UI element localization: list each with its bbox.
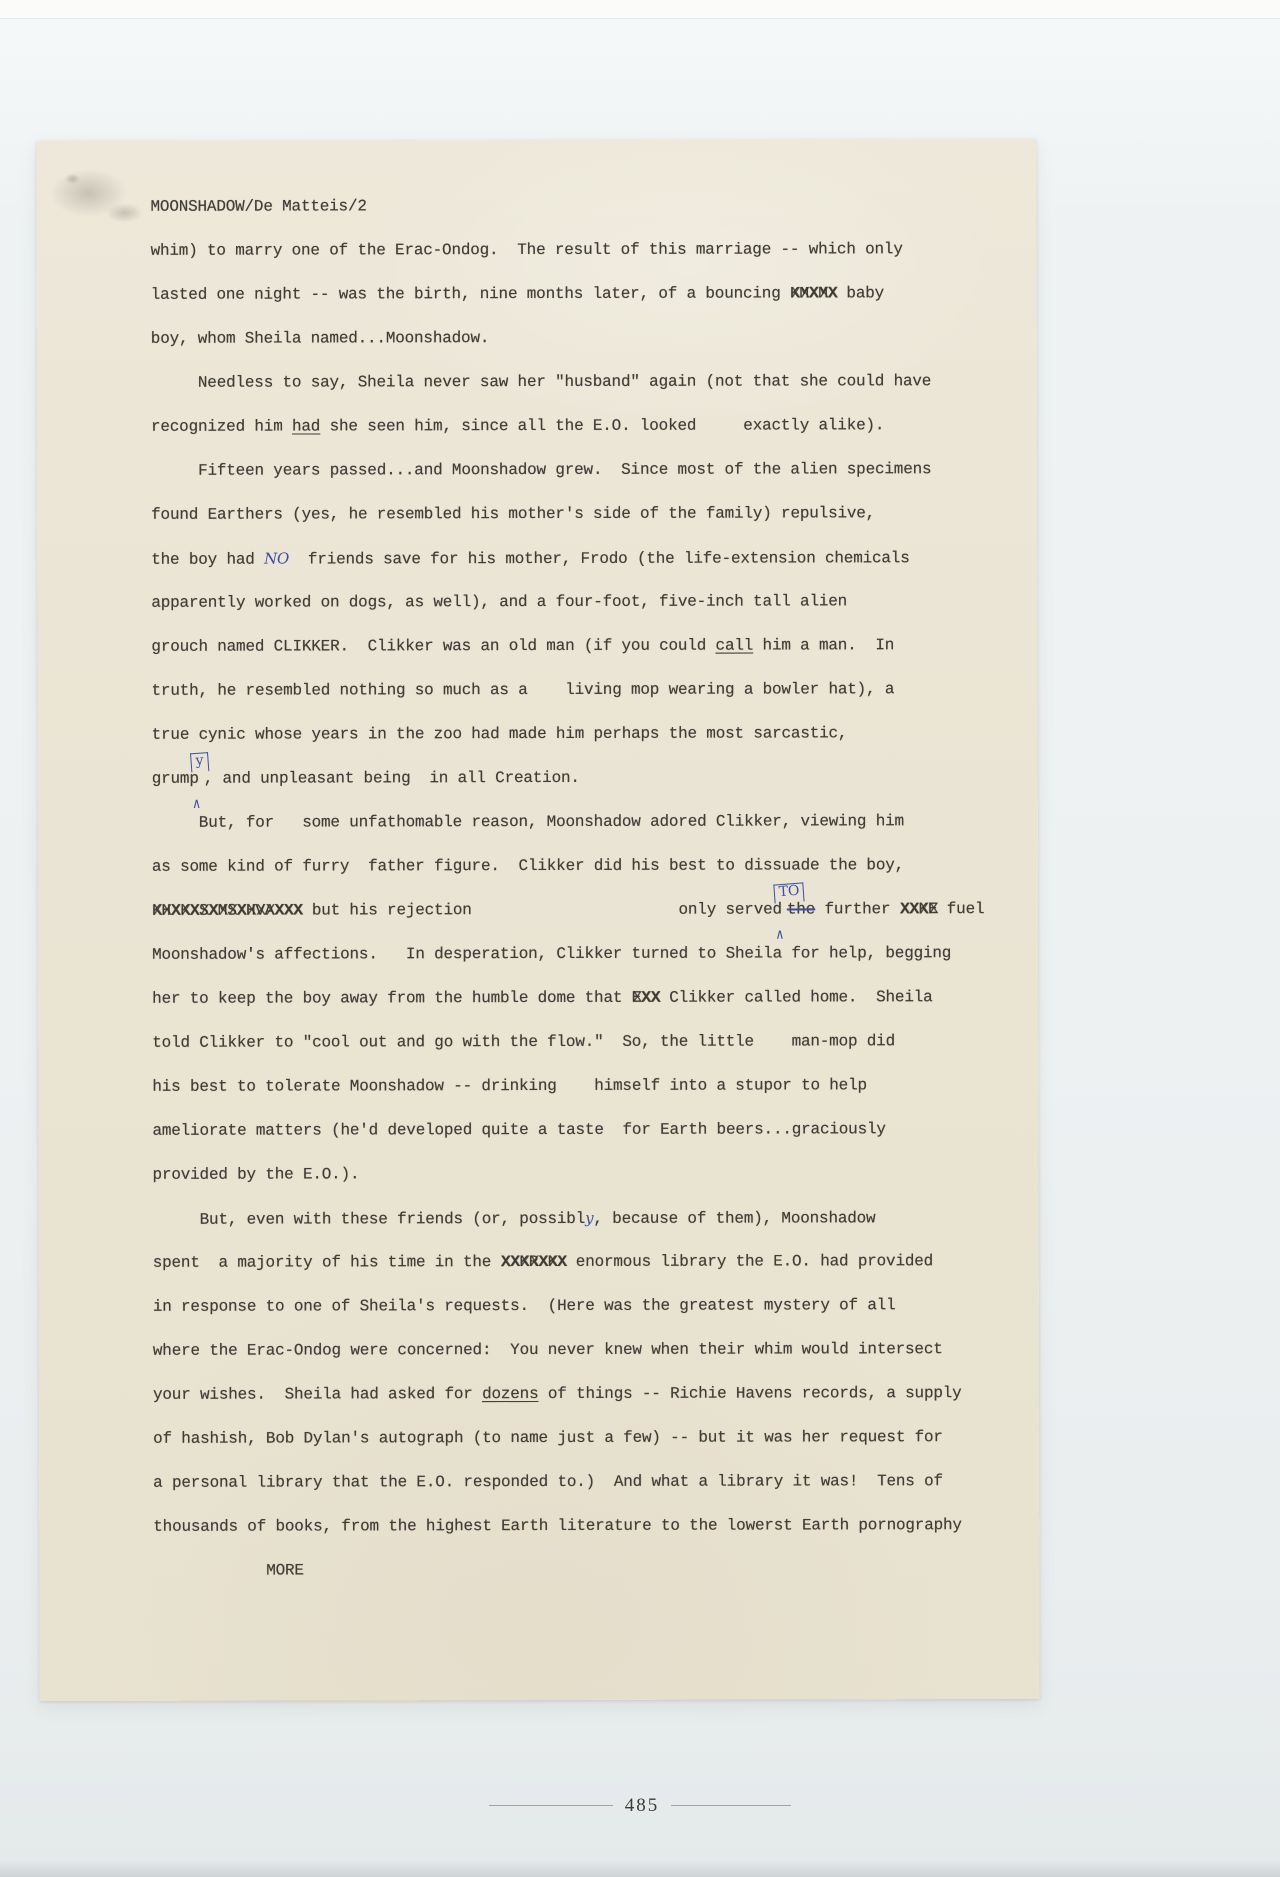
typed-text: Needless to say, Sheila never saw her "h… (151, 372, 931, 392)
typed-line: grumpy∧, and unpleasant being in all Cre… (152, 755, 1012, 801)
book-page-footer: 485 (0, 1796, 1280, 1815)
typed-line: Fifteen years passed...and Moonshadow gr… (151, 447, 1011, 493)
page-header: MOONSHADOW/De Matteis/2 (150, 183, 1010, 229)
typed-line: spent a majority of his time in the XXKR… (153, 1239, 1013, 1285)
typed-text: him a man. In (753, 636, 894, 654)
typed-text: but his rejection only served (302, 900, 782, 919)
typed-text: her to keep the boy away from the humble… (152, 989, 632, 1008)
typed-text: truth, he resembled nothing so much as a… (152, 680, 895, 700)
xed-out-text: EXX (632, 976, 660, 1020)
xed-out-text: KHXKXSXMSXHVAXXX (152, 888, 303, 932)
typed-line: Needless to say, Sheila never saw her "h… (151, 359, 1011, 405)
typed-text: whim) to marry one of the Erac-Ondog. Th… (151, 240, 903, 260)
typed-line: recognized him had she seen him, since a… (151, 403, 1011, 449)
typed-line: MORE (153, 1547, 1013, 1593)
scan-top-edge (0, 0, 1280, 19)
page-number: 485 (625, 1796, 660, 1815)
typed-text: your wishes. Sheila had asked for (153, 1385, 482, 1404)
typed-text: provided by the E.O.). (153, 1165, 360, 1183)
typed-line: the boy had NO friends save for his moth… (151, 535, 1011, 581)
blue-struck-word: the (787, 900, 815, 918)
typed-text: Fifteen years passed...and Moonshadow gr… (151, 460, 931, 480)
handwritten-insertion: y (585, 1209, 593, 1227)
typed-text: his best to tolerate Moonshadow -- drink… (152, 1076, 867, 1095)
typed-text: further (815, 900, 900, 918)
typed-line: But, for some unfathomable reason, Moons… (152, 799, 1012, 845)
inserted-text-above: y (190, 752, 209, 772)
xed-out-text: KMXMX (790, 271, 837, 315)
typed-line: where the Erac-Ondog were concerned: You… (153, 1327, 1013, 1373)
scanned-typescript-page: { "colors": { "blue_ink": "#3d4fa4", "ty… (0, 0, 1280, 1877)
typed-text: where the Erac-Ondog were concerned: You… (153, 1340, 943, 1360)
typed-line: truth, he resembled nothing so much as a… (151, 667, 1011, 713)
typed-text: grouch named CLIKKER. Clikker was an old… (151, 637, 715, 656)
typed-line: lasted one night -- was the birth, nine … (151, 271, 1011, 317)
caret-mark: ∧ (193, 798, 201, 811)
typed-text: true cynic whose years in the zoo had ma… (152, 724, 848, 743)
typescript-paper: MOONSHADOW/De Matteis/2 whim) to marry o… (36, 139, 1039, 1701)
caret-mark: ∧ (776, 929, 784, 942)
xed-out-text: XXKE (900, 887, 938, 931)
typed-text: ameliorate matters (he'd developed quite… (152, 1120, 885, 1140)
typed-line: But, even with these friends (or, possib… (153, 1195, 1013, 1241)
typed-text: Moonshadow's affections. In desperation,… (152, 944, 951, 964)
typed-line: found Earthers (yes, he resembled his mo… (151, 491, 1011, 537)
typed-line: true cynic whose years in the zoo had ma… (152, 711, 1012, 757)
typed-text: , and unpleasant being in all Creation. (204, 769, 580, 788)
inserted-text-above: TO (773, 882, 805, 903)
typed-text: , because of them), Moonshadow (593, 1209, 875, 1228)
typed-line: of hashish, Bob Dylan's autograph (to na… (153, 1415, 1013, 1461)
typed-line: his best to tolerate Moonshadow -- drink… (152, 1063, 1012, 1109)
typed-line: your wishes. Sheila had asked for dozens… (153, 1371, 1013, 1417)
typed-line: provided by the E.O.). (152, 1151, 1012, 1197)
typed-text: in response to one of Sheila's requests.… (153, 1296, 896, 1316)
typed-text: grump (152, 770, 199, 788)
typed-text: enormous library the E.O. had provided (566, 1252, 933, 1271)
typed-text: as some kind of furry father figure. Cli… (152, 856, 904, 876)
typed-line: ameliorate matters (he'd developed quite… (152, 1107, 1012, 1153)
typed-line: KHXKXSXMSXHVAXXX but his rejection only … (152, 887, 1012, 933)
typed-text: friends save for his mother, Frodo (the … (289, 549, 910, 568)
footer-rule-left (489, 1805, 613, 1806)
xed-out-text: XXKRXKX (501, 1240, 567, 1284)
typed-text: But, for some unfathomable reason, Moons… (152, 812, 904, 832)
typed-line: in response to one of Sheila's requests.… (153, 1283, 1013, 1329)
typed-line: a personal library that the E.O. respond… (153, 1459, 1013, 1505)
typed-text: Clikker called home. Sheila (660, 988, 933, 1007)
typed-line: thousands of books, from the highest Ear… (153, 1503, 1013, 1549)
typed-line: boy, whom Sheila named...Moonshadow. (151, 315, 1011, 361)
body-lines: whim) to marry one of the Erac-Ondog. Th… (151, 227, 1014, 1593)
typed-line: grouch named CLIKKER. Clikker was an old… (151, 623, 1011, 669)
typed-line: apparently worked on dogs, as well), and… (151, 579, 1011, 625)
typed-text: told Clikker to "cool out and go with th… (152, 1032, 895, 1052)
underlined-word: call (716, 637, 754, 655)
typed-line: Moonshadow's affections. In desperation,… (152, 931, 1012, 977)
typed-text: fuel (937, 900, 984, 918)
typed-text: MORE (153, 1561, 303, 1579)
typed-line: as some kind of furry father figure. Cli… (152, 843, 1012, 889)
typed-text: baby (837, 284, 884, 302)
underlined-word: dozens (482, 1385, 538, 1403)
typed-text: a personal library that the E.O. respond… (153, 1472, 943, 1492)
typed-line: told Clikker to "cool out and go with th… (152, 1019, 1012, 1065)
underlined-word: had (292, 417, 320, 435)
typed-text: of things -- Richie Havens records, a su… (538, 1384, 961, 1403)
typed-line: her to keep the boy away from the humble… (152, 975, 1012, 1021)
handwritten-insertion: NO (264, 550, 289, 568)
typed-text: boy, whom Sheila named...Moonshadow. (151, 329, 490, 348)
scan-bottom-edge (0, 1861, 1280, 1877)
typed-text-block: MOONSHADOW/De Matteis/2 whim) to marry o… (150, 183, 1013, 1593)
typed-text: of hashish, Bob Dylan's autograph (to na… (153, 1428, 943, 1448)
typed-text: the boy had (151, 551, 264, 569)
typed-text: found Earthers (yes, he resembled his mo… (151, 504, 875, 524)
typed-line: whim) to marry one of the Erac-Ondog. Th… (151, 227, 1011, 273)
typed-text: she seen him, since all the E.O. looked … (320, 416, 884, 435)
typed-text: But, even with these friends (or, possib… (153, 1210, 586, 1229)
typed-text: spent a majority of his time in the (153, 1253, 501, 1272)
typed-text: thousands of books, from the highest Ear… (153, 1516, 962, 1536)
typed-text: apparently worked on dogs, as well), and… (151, 592, 847, 611)
typed-text: lasted one night -- was the birth, nine … (151, 284, 790, 303)
footer-rule-right (671, 1805, 791, 1806)
typed-text: recognized him (151, 418, 292, 436)
